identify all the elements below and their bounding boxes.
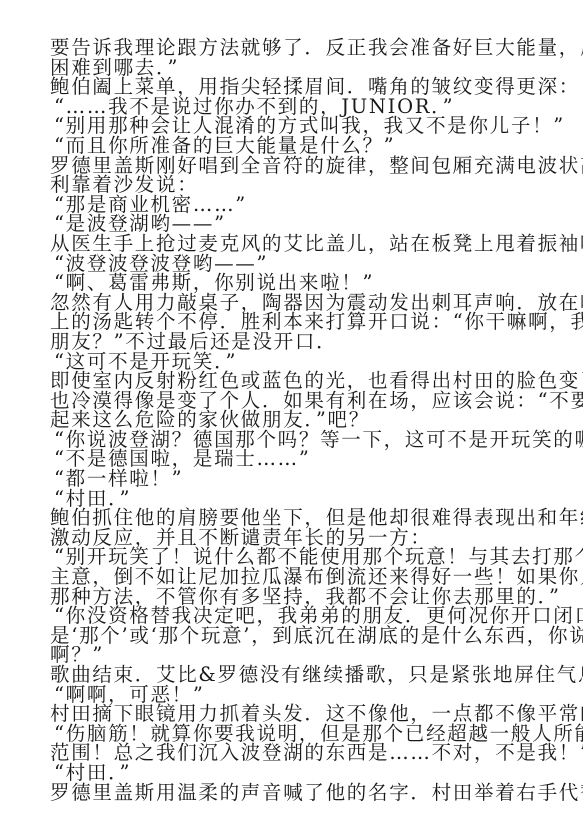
dialogue-line: “而且你所准备的巨大能量是什么？” [50,136,530,156]
text-line: 上的汤匙转个不停．胜利本来打算开口说：“你干嘛啊，我弟弟的 [50,312,530,332]
dialogue-line: “你没资格替我决定吧，我弟弟的朋友．更何况你开口闭口就 [50,606,530,626]
document-page: 要告诉我理论跟方法就够了．反正我会准备好巨大能量，应该不会 困难到哪去．” 鲍伯… [50,38,530,802]
text-line: 即使室内反射粉红色或蓝色的光，也看得出村田的脸色变了，语气 [50,371,530,391]
text-line: 从医生手上抢过麦克风的艾比盖儿，站在板凳上甩着振袖唱歌： [50,234,530,254]
text-line: 歌曲结束．艾比&罗德没有继续播歌，只是紧张地屏住气息． [50,665,530,685]
dialogue-line: “是波登湖哟——” [50,214,530,234]
dialogue-line: “啊、葛雷弗斯，你别说出来啦！” [50,273,530,293]
text-line: 鲍伯抓住他的肩膀要他坐下，但是他却很难得表现出和年纪相符的 [50,508,530,528]
text-line: 村田摘下眼镜用力抓着头发．这不像他，一点都不像平常的他． [50,704,530,724]
text-line: 主意，倒不如让尼加拉瓜瀑布倒流还来得好一些！如果你只想得到 [50,567,530,587]
dialogue-line: “都一样啦！” [50,469,530,489]
text-line: 罗德里盖斯用温柔的声音喊了他的名字．村田举着右手代替回应， [50,783,530,803]
text-line: 利靠着沙发说： [50,175,530,195]
text-line: 要告诉我理论跟方法就够了．反正我会准备好巨大能量，应该不会 [50,38,530,58]
dialogue-line: “村田．” [50,763,530,783]
text-line: 是‘那个’或‘那个玩意’，到底沉在湖底的是什么东西，你说 [50,626,530,646]
text-line: 起来这么危险的家伙做朋友．”吧？ [50,410,530,430]
text-line: 鲍伯阖上菜单，用指尖轻揉眉间．嘴角的皱纹变得更深： [50,77,530,97]
text-line: 朋友？”不过最后还是没开口． [50,332,530,352]
